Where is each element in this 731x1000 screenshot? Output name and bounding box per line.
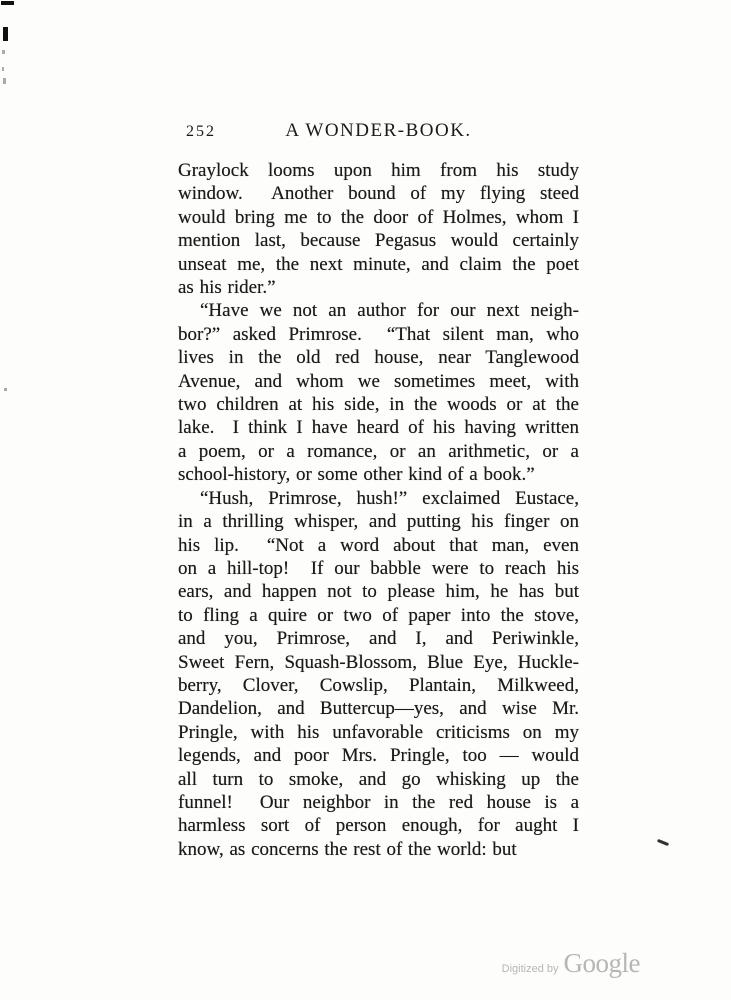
text-line: funnel! Our neighbor in the red house is… bbox=[178, 791, 579, 814]
text-line: ears, and happen not to please him, he h… bbox=[178, 580, 579, 603]
google-watermark: Digitized by Google bbox=[502, 948, 640, 979]
scanned-book-page: 252 A WONDER-BOOK. Graylock looms upon h… bbox=[0, 0, 731, 1000]
scan-artifact-tick bbox=[3, 27, 8, 41]
text-line: two children at his side, in the woods o… bbox=[178, 393, 579, 416]
scan-artifact-dot bbox=[4, 388, 7, 391]
text-line: lives in the old red house, near Tanglew… bbox=[178, 346, 579, 369]
page-body: Graylock looms upon him from his studywi… bbox=[178, 159, 579, 861]
scan-artifact-dot bbox=[2, 67, 4, 71]
text-line: harmless sort of person enough, for augh… bbox=[178, 814, 579, 837]
text-block: 252 A WONDER-BOOK. Graylock looms upon h… bbox=[178, 120, 579, 861]
text-line: mention last, because Pegasus would cert… bbox=[178, 229, 579, 252]
text-line: on a hill-top! If our babble were to rea… bbox=[178, 557, 579, 580]
text-line: as his rider.” bbox=[178, 276, 579, 299]
text-line: would bring me to the door of Holmes, wh… bbox=[178, 206, 579, 229]
text-line: “Hush, Primrose, hush!” exclaimed Eustac… bbox=[178, 487, 579, 510]
paragraph: Graylock looms upon him from his studywi… bbox=[178, 159, 579, 299]
text-line: lake. I think I have heard of his having… bbox=[178, 416, 579, 439]
text-line: all turn to smoke, and go whisking up th… bbox=[178, 768, 579, 791]
text-line: a poem, or a romance, or an arithmetic, … bbox=[178, 440, 579, 463]
scan-artifact-dot bbox=[2, 50, 5, 54]
google-logo: Google bbox=[564, 948, 640, 979]
text-line: in a thrilling whisper, and putting his … bbox=[178, 510, 579, 533]
text-line: window. Another bound of my flying steed bbox=[178, 182, 579, 205]
paragraph: “Hush, Primrose, hush!” exclaimed Eustac… bbox=[178, 487, 579, 862]
text-line: Pringle, with his unfavorable criticisms… bbox=[178, 721, 579, 744]
text-line: berry, Clover, Cowslip, Plantain, Milkwe… bbox=[178, 674, 579, 697]
text-line: know, as concerns the rest of the world:… bbox=[178, 838, 579, 861]
page-header: 252 A WONDER-BOOK. bbox=[178, 120, 579, 144]
running-title: A WONDER-BOOK. bbox=[178, 120, 579, 142]
text-line: and you, Primrose, and I, and Periwinkle… bbox=[178, 627, 579, 650]
text-line: legends, and poor Mrs. Pringle, too — wo… bbox=[178, 744, 579, 767]
text-line: unseat me, the next minute, and claim th… bbox=[178, 253, 579, 276]
text-line: Graylock looms upon him from his study bbox=[178, 159, 579, 182]
text-line: Avenue, and whom we sometimes meet, with bbox=[178, 370, 579, 393]
text-line: school-history, or some other kind of a … bbox=[178, 463, 579, 486]
scan-artifact-dash bbox=[1, 1, 14, 5]
text-line: “Have we not an author for our next neig… bbox=[178, 299, 579, 322]
text-line: Dandelion, and Buttercup—yes, and wise M… bbox=[178, 697, 579, 720]
text-line: his lip. “Not a word about that man, eve… bbox=[178, 534, 579, 557]
text-line: to fling a quire or two of paper into th… bbox=[178, 604, 579, 627]
digitized-by-label: Digitized by bbox=[502, 963, 559, 975]
scan-artifact-stroke bbox=[657, 839, 669, 846]
text-line: bor?” asked Primrose. “That silent man, … bbox=[178, 323, 579, 346]
text-line: Sweet Fern, Squash-Blossom, Blue Eye, Hu… bbox=[178, 651, 579, 674]
scan-artifact-dot bbox=[3, 78, 6, 84]
paragraph: “Have we not an author for our next neig… bbox=[178, 299, 579, 486]
